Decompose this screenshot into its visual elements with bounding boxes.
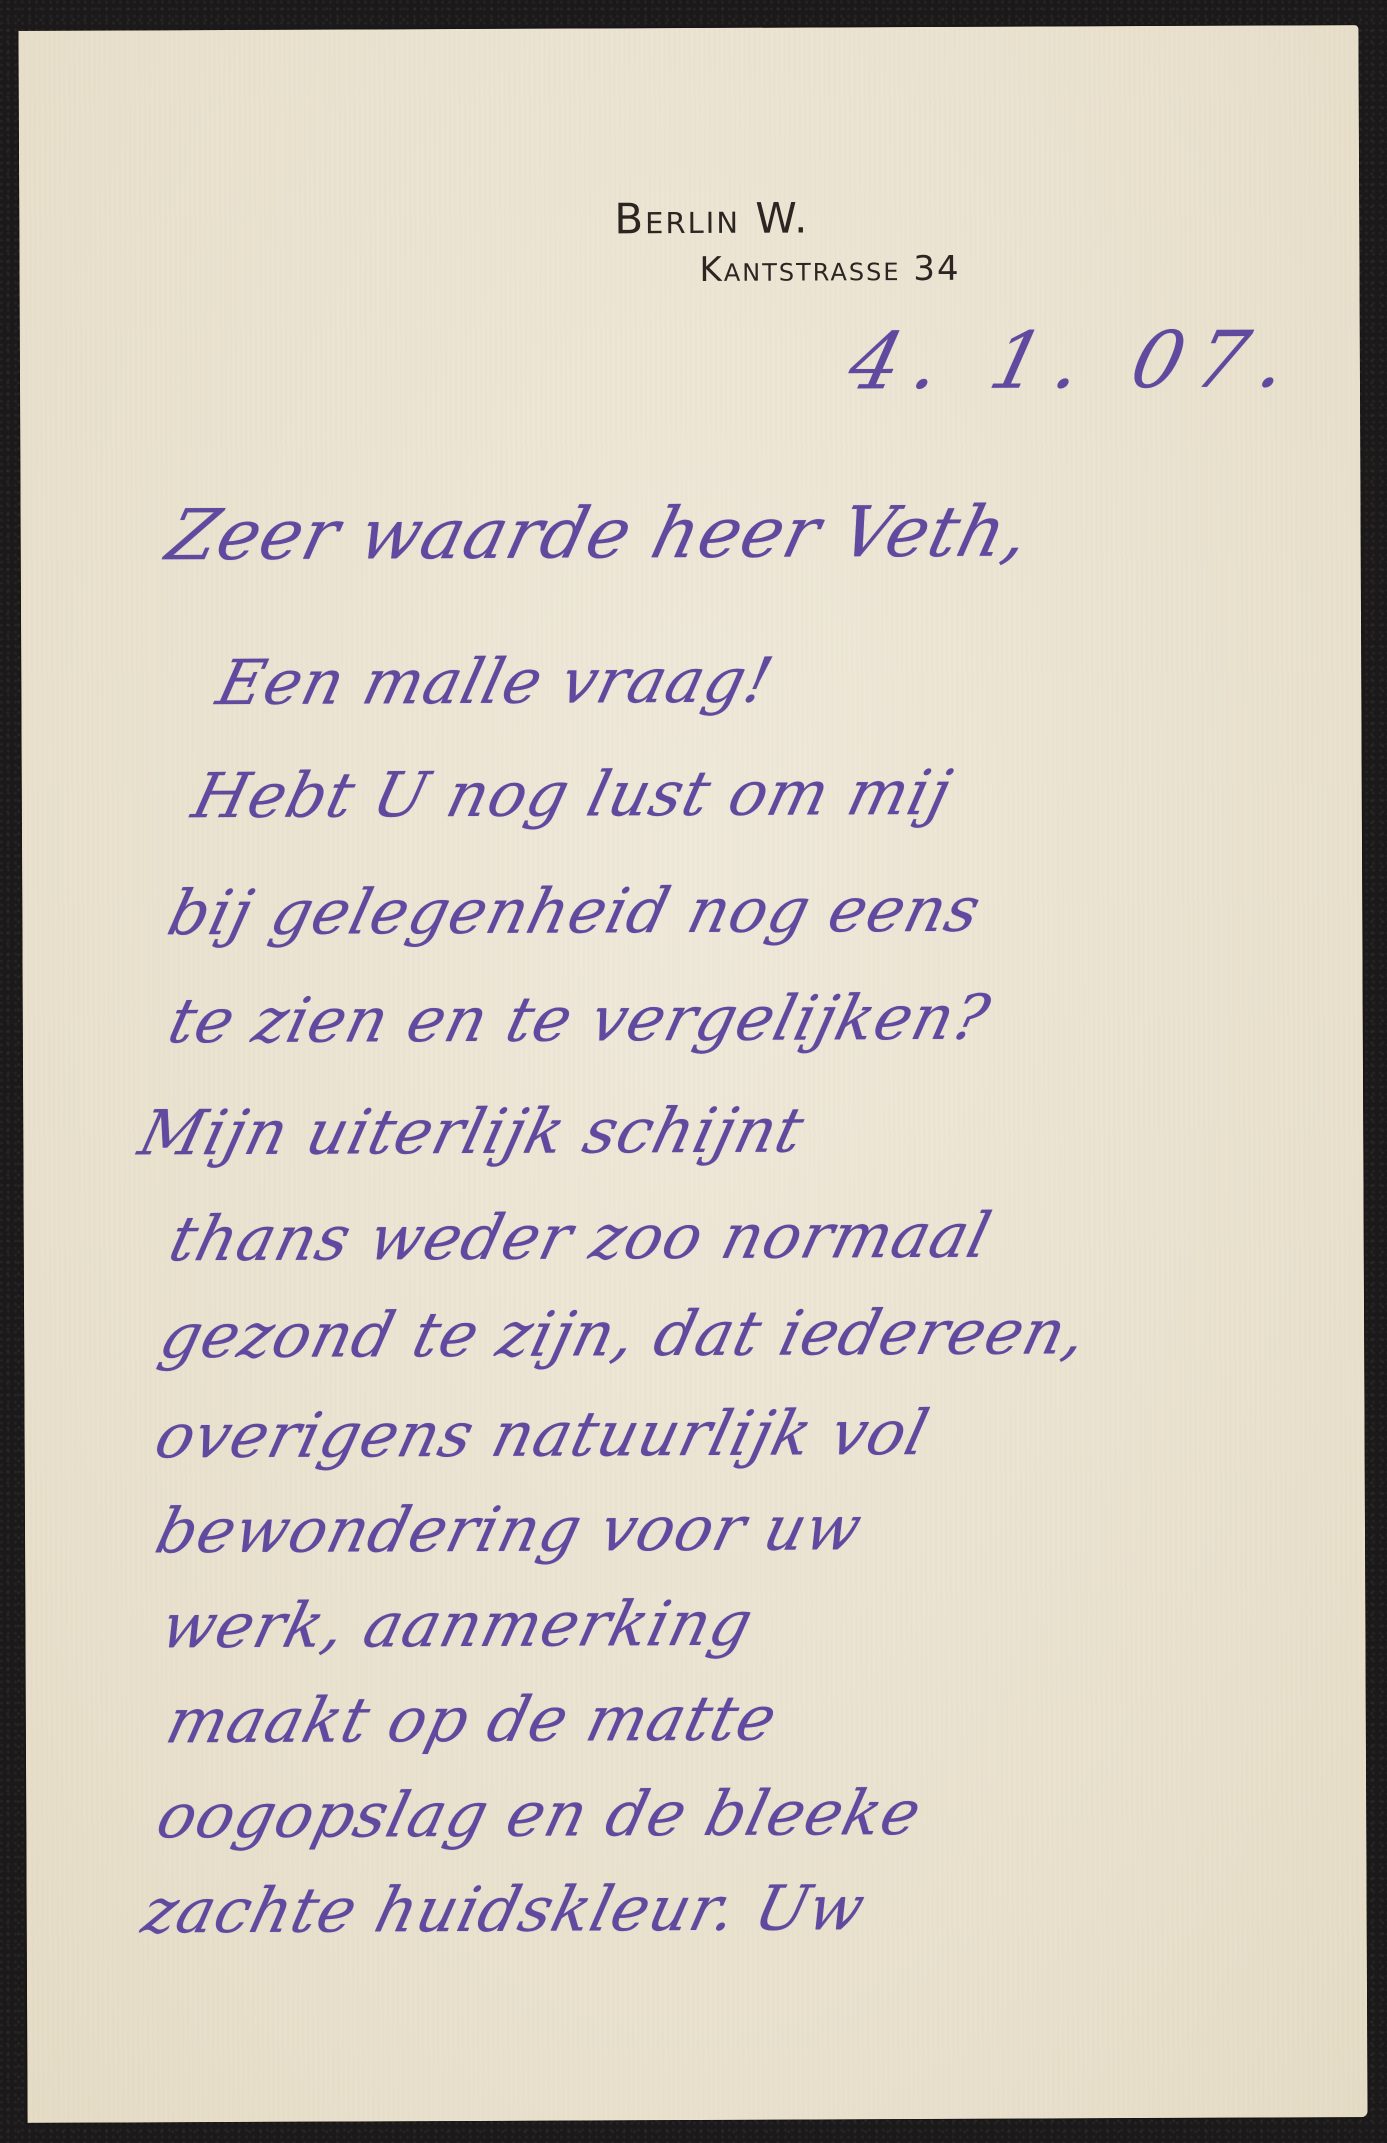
- letter-line: bewondering voor uw: [150, 1497, 868, 1562]
- letter-line: werk, aanmerking: [156, 1593, 760, 1658]
- letter-line: gezond te zijn, dat iedereen,: [154, 1301, 1093, 1367]
- letter-line: bij gelegenheid nog eens: [162, 879, 986, 945]
- letter-line: Een malle vraag!: [211, 650, 779, 714]
- letterhead-street: Kantstrasse 34: [699, 249, 960, 290]
- salutation: Zeer waarde heer Veth,: [161, 496, 1037, 570]
- letter-date: 4. 1. 07.: [840, 315, 1311, 407]
- letter-line: overigens natuurlijk vol: [150, 1402, 935, 1467]
- letter-line: thans weder zoo normaal: [164, 1205, 997, 1271]
- letter-line: te zien en te vergelijken?: [163, 987, 996, 1053]
- letter-line: Mijn uiterlijk schijnt: [133, 1099, 810, 1164]
- letter-page: Berlin W. Kantstrasse 34 4. 1. 07. Zeer …: [18, 25, 1367, 2123]
- letter-line: maakt op de matte: [161, 1688, 783, 1753]
- letter-line: oogopslag en de bleeke: [151, 1782, 927, 1847]
- letter-line: zachte huidskleur. Uw: [137, 1877, 872, 1942]
- letter-line: Hebt U nog lust om mij: [187, 762, 958, 827]
- letterhead-city: Berlin W.: [614, 193, 809, 243]
